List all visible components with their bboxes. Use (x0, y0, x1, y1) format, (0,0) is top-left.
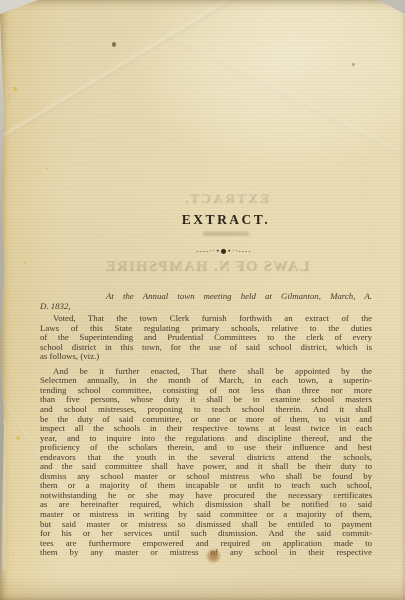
page-title: EXTRACT. (182, 212, 270, 228)
divider-ornament: ----··•●•··---- (196, 247, 251, 255)
paper-sheet: EXTRACT. EXTRACT. ----··•●•··---- LAWS O… (0, 0, 405, 600)
fold-crease (0, 0, 255, 148)
document-body: At the Annual town meeting held at Gilma… (40, 292, 372, 558)
showthrough-subtitle: LAWS OF N. HAMPSHIRE (104, 258, 309, 275)
law-paragraph: And be it further enacted, That there sh… (40, 367, 372, 558)
vote-paragraph: Voted, That the town Clerk furnish forth… (40, 314, 372, 362)
meeting-heading: At the Annual town meeting held at Gilma… (40, 292, 372, 311)
stain-spot (206, 549, 221, 563)
showthrough-rule (203, 232, 249, 236)
ink-fleck (352, 63, 355, 66)
paper-edge-highlight (2, 420, 5, 570)
text-line: At the Annual town meeting held at Gilma… (40, 292, 372, 302)
ink-fleck (112, 42, 116, 47)
fold-crease (168, 33, 405, 191)
showthrough-title: EXTRACT. (183, 190, 269, 206)
text-line: as follows, (viz.) (40, 352, 372, 362)
scanned-page: EXTRACT. EXTRACT. ----··•●•··---- LAWS O… (0, 0, 405, 600)
yellow-specks (0, 0, 2, 2)
text-line: D. 1832, (40, 302, 372, 312)
